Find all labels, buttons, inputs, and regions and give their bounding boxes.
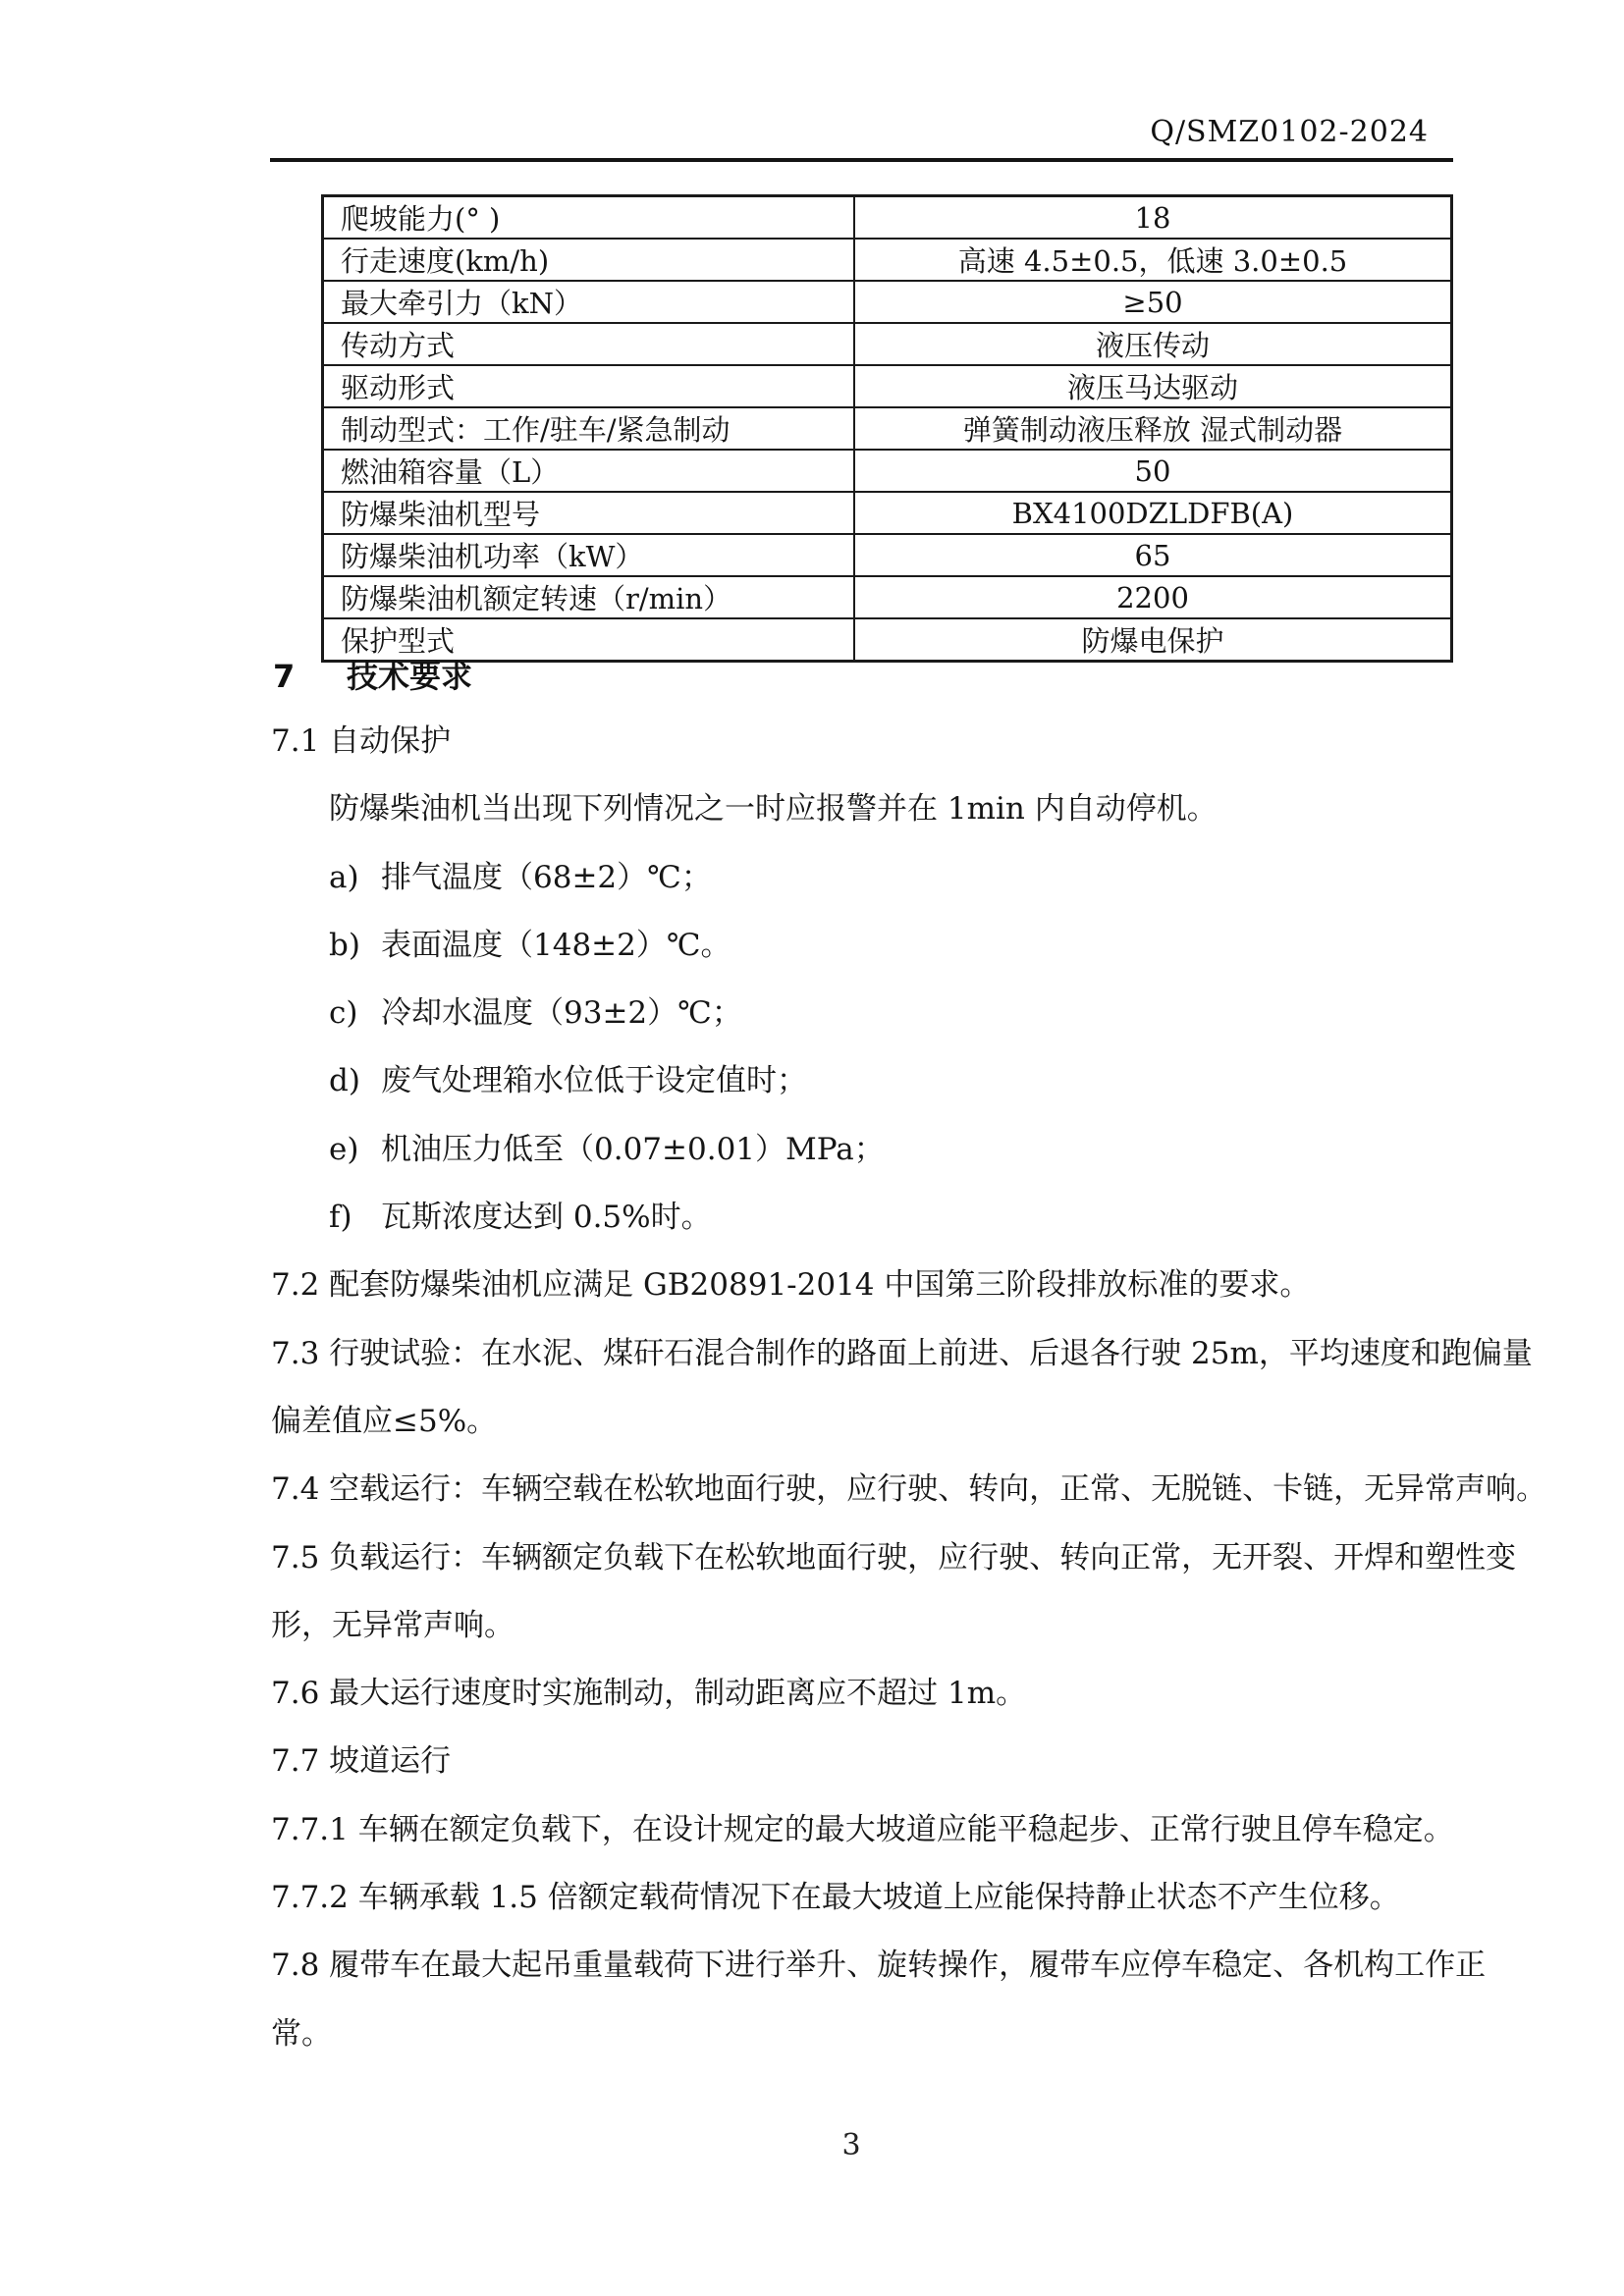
- document-page: Q/SMZ0102-2024 爬坡能力(° )18行走速度(km/h)高速 4.…: [0, 0, 1624, 2296]
- body-line: 7.7.1 车辆在额定负载下，在设计规定的最大坡道应能平稳起步、正常行驶且停车稳…: [271, 1796, 1459, 1864]
- spec-value: 50: [854, 450, 1452, 492]
- body-line: 7.7.2 车辆承载 1.5 倍额定载荷情况下在最大坡道上应能保持静止状态不产生…: [271, 1864, 1459, 1932]
- section-title: 技术要求: [347, 658, 472, 695]
- section-number: 7: [273, 658, 347, 695]
- spec-table-row: 爬坡能力(° )18: [323, 196, 1452, 240]
- body-line: 防爆柴油机当出现下列情况之一时应报警并在 1min 内自动停机。: [271, 775, 1459, 843]
- spec-table-row: 传动方式液压传动: [323, 323, 1452, 365]
- spec-value: 高速 4.5±0.5，低速 3.0±0.5: [854, 239, 1452, 281]
- body-line: 7.6 最大运行速度时实施制动，制动距离应不超过 1m。: [271, 1660, 1459, 1728]
- body-line: 7.7 坡道运行: [271, 1728, 1459, 1795]
- spec-table-row: 防爆柴油机型号BX4100DZLDFB(A): [323, 492, 1452, 534]
- spec-table-row: 防爆柴油机功率（kW）65: [323, 534, 1452, 576]
- spec-value: ≥50: [854, 281, 1452, 323]
- spec-table-row: 保护型式防爆电保护: [323, 618, 1452, 662]
- spec-label: 行走速度(km/h): [323, 239, 855, 281]
- spec-table-row: 行走速度(km/h)高速 4.5±0.5，低速 3.0±0.5: [323, 239, 1452, 281]
- spec-label: 最大牵引力（kN）: [323, 281, 855, 323]
- body-line: 7.3 行驶试验：在水泥、煤矸石混合制作的路面上前进、后退各行驶 25m，平均速…: [271, 1320, 1459, 1388]
- list-marker: c): [329, 980, 381, 1047]
- spec-label: 制动型式：工作/驻车/紧急制动: [323, 407, 855, 450]
- body-line: 偏差值应≤5%。: [271, 1388, 1459, 1456]
- spec-value: 65: [854, 534, 1452, 576]
- body-line: 7.4 空载运行：车辆空载在松软地面行驶，应行驶、转向，正常、无脱链、卡链，无异…: [271, 1456, 1459, 1523]
- body-line: 7.1 自动保护: [271, 708, 1459, 775]
- spec-value: 防爆电保护: [854, 618, 1452, 662]
- body-text: 7.1 自动保护防爆柴油机当出现下列情况之一时应报警并在 1min 内自动停机。…: [271, 708, 1459, 2068]
- header-rule: [270, 158, 1453, 162]
- body-line: f)瓦斯浓度达到 0.5%时。: [271, 1184, 1459, 1252]
- body-line: c)冷却水温度（93±2）℃；: [271, 980, 1459, 1047]
- spec-value: 弹簧制动液压释放 湿式制动器: [854, 407, 1452, 450]
- list-marker: b): [329, 912, 381, 980]
- spec-label: 爬坡能力(° ): [323, 196, 855, 240]
- spec-label: 驱动形式: [323, 365, 855, 407]
- spec-label: 传动方式: [323, 323, 855, 365]
- spec-label: 防爆柴油机额定转速（r/min）: [323, 576, 855, 618]
- list-marker: a): [329, 844, 381, 912]
- list-marker: d): [329, 1047, 381, 1115]
- spec-value: BX4100DZLDFB(A): [854, 492, 1452, 534]
- list-marker: f): [329, 1184, 381, 1252]
- spec-label: 防爆柴油机型号: [323, 492, 855, 534]
- body-line: 7.2 配套防爆柴油机应满足 GB20891-2014 中国第三阶段排放标准的要…: [271, 1252, 1459, 1319]
- body-line: b)表面温度（148±2）℃。: [271, 912, 1459, 980]
- body-line: 常。: [271, 2001, 1459, 2068]
- spec-table-row: 燃油箱容量（L）50: [323, 450, 1452, 492]
- spec-value: 液压马达驱动: [854, 365, 1452, 407]
- body-line: e)机油压力低至（0.07±0.01）MPa；: [271, 1116, 1459, 1184]
- body-line: 7.5 负载运行：车辆额定负载下在松软地面行驶，应行驶、转向正常，无开裂、开焊和…: [271, 1524, 1459, 1592]
- body-line: 7.8 履带车在最大起吊重量载荷下进行举升、旋转操作，履带车应停车稳定、各机构工…: [271, 1932, 1459, 2000]
- doc-number: Q/SMZ0102-2024: [1150, 116, 1429, 149]
- spec-value: 液压传动: [854, 323, 1452, 365]
- spec-label: 燃油箱容量（L）: [323, 450, 855, 492]
- spec-label: 防爆柴油机功率（kW）: [323, 534, 855, 576]
- spec-value: 18: [854, 196, 1452, 240]
- page-number: 3: [792, 2128, 910, 2163]
- body-line: d)废气处理箱水位低于设定值时；: [271, 1047, 1459, 1115]
- section-heading: 7技术要求: [273, 652, 472, 697]
- spec-table: 爬坡能力(° )18行走速度(km/h)高速 4.5±0.5，低速 3.0±0.…: [321, 194, 1453, 663]
- body-line: a)排气温度（68±2）℃；: [271, 844, 1459, 912]
- list-marker: e): [329, 1116, 381, 1184]
- spec-table-row: 防爆柴油机额定转速（r/min）2200: [323, 576, 1452, 618]
- spec-table-row: 最大牵引力（kN）≥50: [323, 281, 1452, 323]
- spec-table-row: 驱动形式液压马达驱动: [323, 365, 1452, 407]
- spec-table-row: 制动型式：工作/驻车/紧急制动弹簧制动液压释放 湿式制动器: [323, 407, 1452, 450]
- body-line: 形，无异常声响。: [271, 1592, 1459, 1660]
- spec-value: 2200: [854, 576, 1452, 618]
